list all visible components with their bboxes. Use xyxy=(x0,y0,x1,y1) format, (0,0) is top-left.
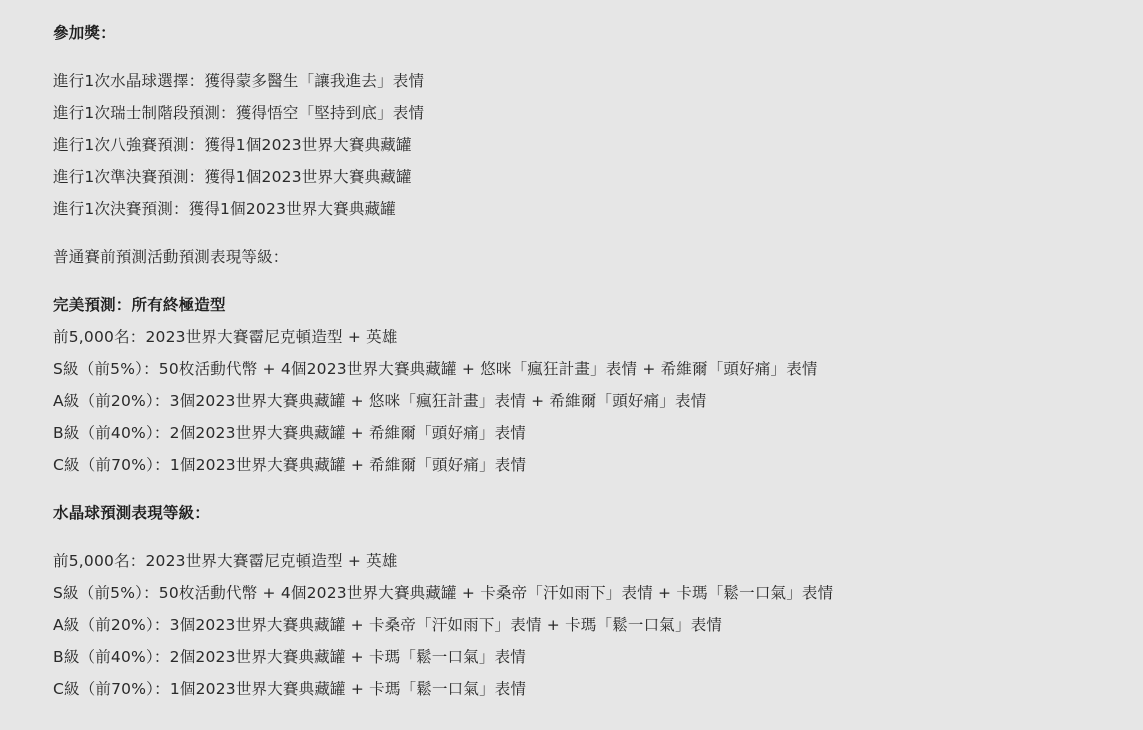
list-item: 進行1次八強賽預測：獲得1個2023世界大賽典藏罐 xyxy=(53,135,412,155)
tier-item: 前5,000名：2023世界大賽霤尼克頓造型 + 英雄 xyxy=(53,327,398,347)
list-item: 進行1次決賽預測：獲得1個2023世界大賽典藏罐 xyxy=(53,199,396,219)
list-item: 進行1次瑞士制階段預測：獲得悟空「堅持到底」表情 xyxy=(53,103,424,123)
tier-item: A級（前20%）：3個2023世界大賽典藏罐 + 卡桑帝「汗如雨下」表情 + 卡… xyxy=(53,615,722,635)
tier-item: C級（前70%）：1個2023世界大賽典藏罐 + 希維爾「頭好痛」表情 xyxy=(53,455,526,475)
perfect-prediction-heading: 完美預測：所有終極造型 xyxy=(53,295,226,315)
list-item: 進行1次準決賽預測：獲得1個2023世界大賽典藏罐 xyxy=(53,167,412,187)
tier-item: 前5,000名：2023世界大賽霤尼克頓造型 + 英雄 xyxy=(53,551,398,571)
section-heading-normal-prediction: 普通賽前預測活動預測表現等級： xyxy=(53,247,289,267)
tier-item: B級（前40%）：2個2023世界大賽典藏罐 + 卡瑪「鬆一口氣」表情 xyxy=(53,647,526,667)
list-item: 進行1次水晶球選擇：獲得蒙多醫生「讓我進去」表情 xyxy=(53,71,424,91)
tier-item: C級（前70%）：1個2023世界大賽典藏罐 + 卡瑪「鬆一口氣」表情 xyxy=(53,679,526,699)
tier-item: S級（前5%）：50枚活動代幣 + 4個2023世界大賽典藏罐 + 卡桑帝「汗如… xyxy=(53,583,833,603)
tier-item: A級（前20%）：3個2023世界大賽典藏罐 + 悠咪「瘋狂計畫」表情 + 希維… xyxy=(53,391,706,411)
section-heading-crystal-ball: 水晶球預測表現等級： xyxy=(53,503,210,523)
section-heading-participation: 參加獎： xyxy=(53,23,116,43)
tier-item: S級（前5%）：50枚活動代幣 + 4個2023世界大賽典藏罐 + 悠咪「瘋狂計… xyxy=(53,359,818,379)
tier-item: B級（前40%）：2個2023世界大賽典藏罐 + 希維爾「頭好痛」表情 xyxy=(53,423,526,443)
